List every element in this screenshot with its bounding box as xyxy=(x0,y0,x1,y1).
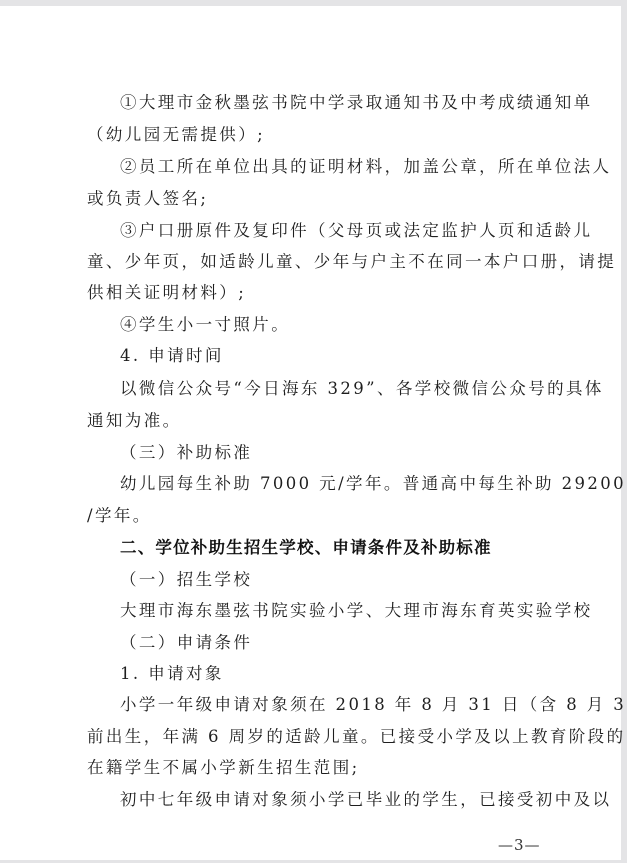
text-line: /学年。 xyxy=(87,506,152,526)
text-line: 以微信公众号“今日海东 329”、各学校微信公众号的具体 xyxy=(120,379,604,399)
section-subheading: （三）补助标准 xyxy=(120,443,252,463)
text-line: 幼儿园每生补助 7000 元/学年。普通高中每生补助 29200 元 xyxy=(120,474,627,494)
text-line: 通知为准。 xyxy=(87,411,182,431)
text-line: ②员工所在单位出具的证明材料，加盖公章，所在单位法人 xyxy=(120,157,611,177)
section-heading: 二、学位补助生招生学校、申请条件及补助标准 xyxy=(120,538,492,558)
text-line: 在籍学生不属小学新生招生范围; xyxy=(87,758,360,778)
text-line: ④学生小一寸照片。 xyxy=(120,315,290,335)
text-line: 小学一年级申请对象须在 2018 年 8 月 31 日（含 8 月 31 日） xyxy=(120,695,627,715)
section-subheading: 1. 申请对象 xyxy=(120,664,224,684)
text-line: （幼儿园无需提供）; xyxy=(87,125,265,145)
text-line: 或负责人签名; xyxy=(87,189,208,209)
text-line: 童、少年页，如适龄儿童、少年与户主不在同一本户口册，请提 xyxy=(87,252,616,272)
text-line: 大理市海东墨弦书院实验小学、大理市海东育英实验学校 xyxy=(120,601,593,621)
text-line: 初中七年级申请对象须小学已毕业的学生，已接受初中及以 xyxy=(120,790,611,810)
section-subheading: （二）申请条件 xyxy=(120,633,252,653)
document-page: ①大理市金秋墨弦书院中学录取通知书及中考成绩通知单 （幼儿园无需提供）; ②员工… xyxy=(0,6,621,860)
text-line: ③户口册原件及复印件（父母页或法定监护人页和适龄儿 xyxy=(120,221,593,241)
section-subheading: 4. 申请时间 xyxy=(120,346,224,366)
text-line: 前出生，年满 6 周岁的适龄儿童。已接受小学及以上教育阶段的 xyxy=(87,727,626,747)
text-line: 供相关证明材料）; xyxy=(87,283,246,303)
text-line: ①大理市金秋墨弦书院中学录取通知书及中考成绩通知单 xyxy=(120,93,593,113)
section-subheading: （一）招生学校 xyxy=(120,570,252,590)
page-number: —3— xyxy=(498,836,541,854)
